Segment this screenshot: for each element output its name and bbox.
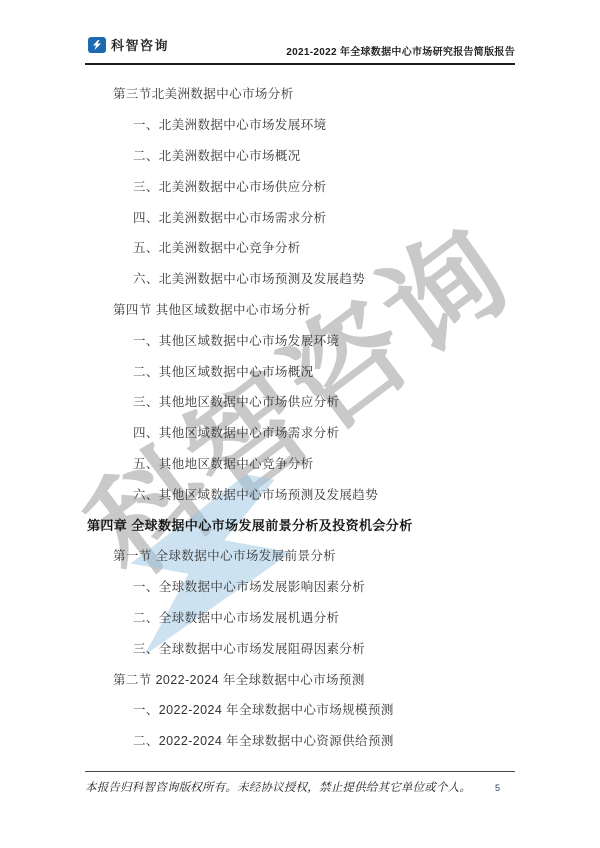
toc-entry: 二、全球数据中心市场发展机遇分析 — [85, 602, 517, 633]
toc-section: 第二节 2022-2024 年全球数据中心市场预测 — [85, 663, 517, 694]
footer-divider — [85, 771, 515, 772]
report-page: 科智咨询 科智咨询 2021-2022 年全球数据中心市场研究报告简版报告 第三… — [0, 0, 600, 848]
toc-entry: 二、其他区域数据中心市场概况 — [85, 355, 517, 386]
toc-entry: 二、北美洲数据中心市场概况 — [85, 140, 517, 171]
toc-entry: 三、其他地区数据中心市场供应分析 — [85, 386, 517, 417]
toc-section: 第三节北美洲数据中心市场分析 — [85, 78, 517, 109]
report-title: 2021-2022 年全球数据中心市场研究报告简版报告 — [286, 43, 515, 58]
toc-entry: 六、其他区域数据中心市场预测及发展趋势 — [85, 478, 517, 509]
toc-section: 第一节 全球数据中心市场发展前景分析 — [85, 540, 517, 571]
toc-chapter: 第四章 全球数据中心市场发展前景分析及投资机会分析 — [85, 509, 517, 540]
copyright-notice: 本报告归科智咨询版权所有。未经协议授权，禁止提供给其它单位或个人。 — [85, 779, 471, 795]
page-number: 5 — [495, 783, 500, 793]
toc-entry: 三、北美洲数据中心市场供应分析 — [85, 170, 517, 201]
header-divider — [85, 63, 515, 65]
toc-entry: 一、2022-2024 年全球数据中心市场规模预测 — [85, 694, 517, 725]
toc-entry: 五、北美洲数据中心竞争分析 — [85, 232, 517, 263]
brand-name: 科智咨询 — [111, 35, 169, 54]
toc-entry: 二、2022-2024 年全球数据中心资源供给预测 — [85, 725, 517, 756]
toc-entry: 一、其他区域数据中心市场发展环境 — [85, 324, 517, 355]
table-of-contents: 第三节北美洲数据中心市场分析 一、北美洲数据中心市场发展环境 二、北美洲数据中心… — [85, 78, 517, 756]
toc-entry: 五、其他地区数据中心竞争分析 — [85, 448, 517, 479]
toc-section: 第四节 其他区域数据中心市场分析 — [85, 294, 517, 325]
toc-entry: 四、其他区域数据中心市场需求分析 — [85, 417, 517, 448]
kezhi-k-logo-icon — [88, 37, 106, 53]
brand-logo: 科智咨询 — [88, 35, 169, 54]
toc-entry: 六、北美洲数据中心市场预测及发展趋势 — [85, 263, 517, 294]
toc-entry: 一、全球数据中心市场发展影响因素分析 — [85, 571, 517, 602]
toc-entry: 一、北美洲数据中心市场发展环境 — [85, 109, 517, 140]
toc-entry: 三、全球数据中心市场发展阻碍因素分析 — [85, 632, 517, 663]
toc-entry: 四、北美洲数据中心市场需求分析 — [85, 201, 517, 232]
